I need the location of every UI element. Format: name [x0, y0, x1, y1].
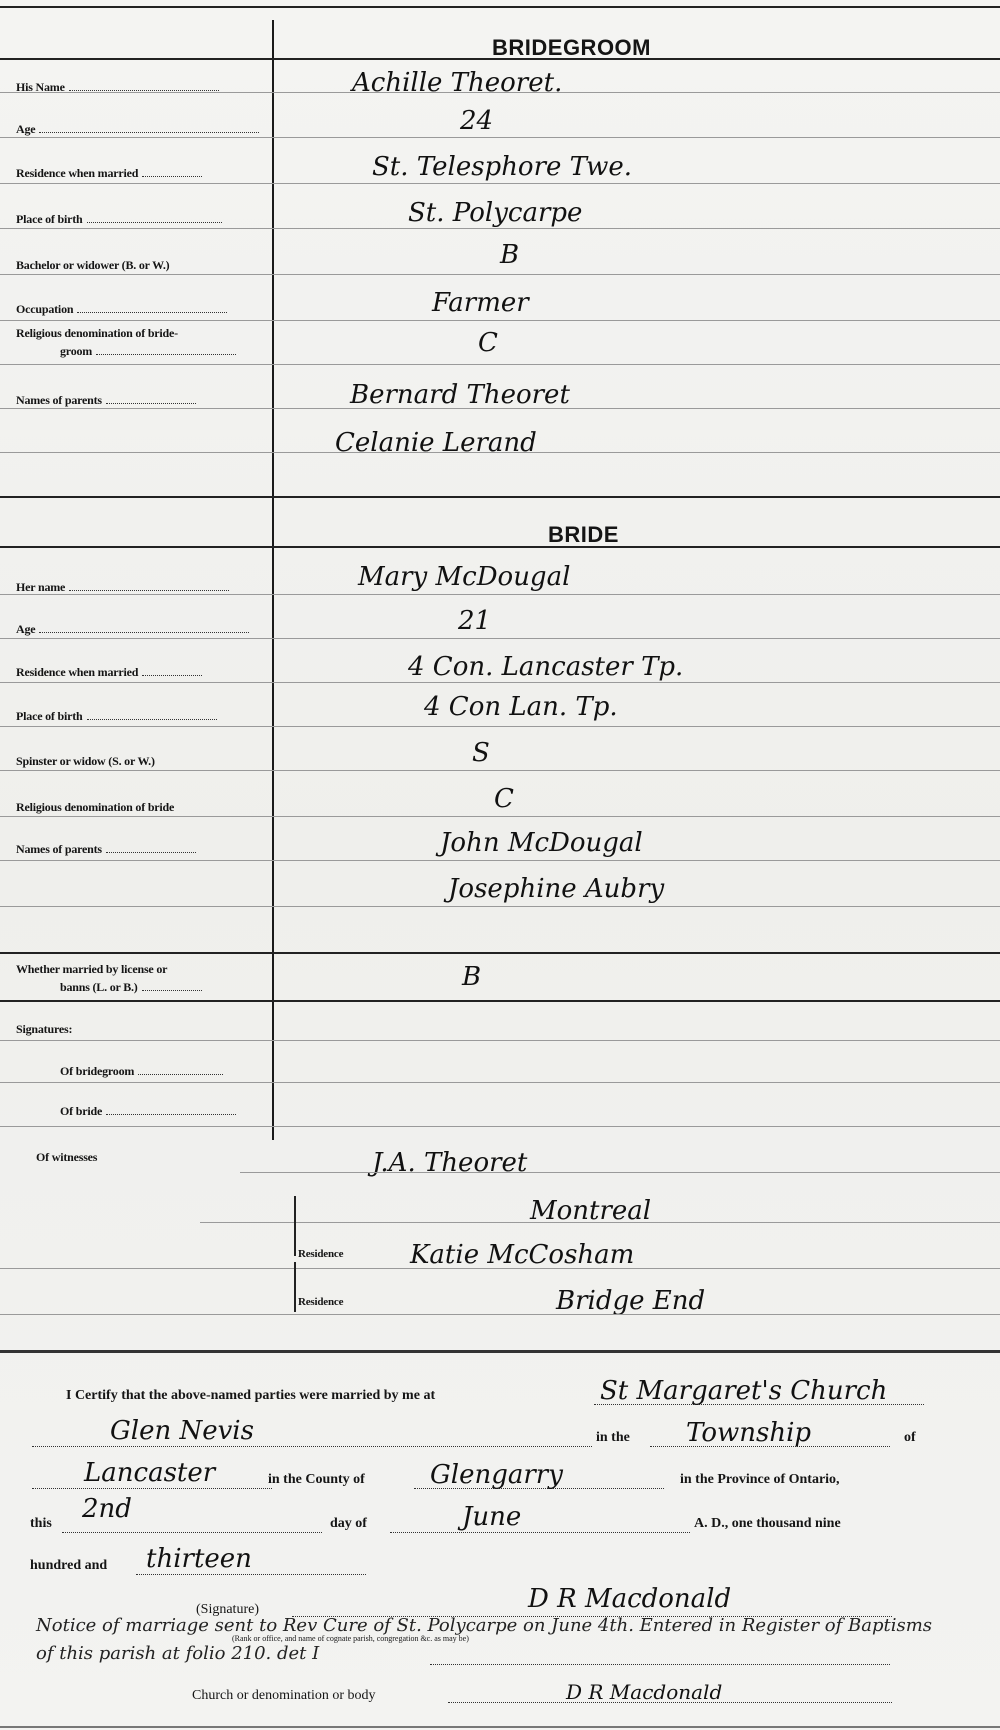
label-sig-bride: Of bride	[60, 1104, 236, 1119]
value-spinster-widow: S	[472, 738, 490, 768]
rule	[200, 1222, 1000, 1223]
rule	[0, 1314, 1000, 1315]
divider	[0, 546, 1000, 548]
rule	[0, 682, 1000, 683]
label-bride-religion: Religious denomination of bride	[16, 800, 174, 815]
label-sig-witnesses: Of witnesses	[36, 1150, 97, 1165]
rule	[0, 452, 1000, 453]
bride-heading: BRIDE	[548, 522, 619, 548]
value-church-signature: D R Macdonald	[566, 1680, 722, 1704]
margin-annotation: Notice of marriage sent to Rev Cure of S…	[36, 1612, 936, 1668]
value-locality: Glen Nevis	[110, 1416, 254, 1446]
divider	[0, 952, 1000, 954]
divider	[0, 496, 1000, 498]
value-age: 24	[460, 106, 493, 136]
column-divider	[272, 20, 274, 1140]
cert-of: of	[904, 1430, 916, 1446]
value-groom-father: Bernard Theoret	[350, 380, 570, 410]
cert-church-label: Church or denomination or body	[192, 1688, 376, 1704]
value-bride-religion: C	[494, 784, 514, 814]
label-place-of-birth: Place of birth	[16, 212, 222, 227]
value-witness-2: Katie McCosham	[410, 1240, 634, 1270]
cert-hundred-and: hundred and	[30, 1558, 107, 1574]
cert-in-the: in the	[596, 1430, 630, 1446]
top-edge	[0, 6, 1000, 8]
label-spinster-widow: Spinster or widow (S. or W.)	[16, 754, 155, 769]
rule	[0, 816, 1000, 817]
rule	[0, 1040, 1000, 1041]
label-bride-parents: Names of parents	[16, 842, 196, 857]
value-township-name: Lancaster	[84, 1458, 215, 1488]
rule	[0, 906, 1000, 907]
rule	[0, 770, 1000, 771]
value-church-place: St Margaret's Church	[600, 1376, 887, 1406]
value-groom-mother: Celanie Lerand	[335, 428, 537, 458]
label-license-banns: Whether married by license or	[16, 962, 167, 977]
label-her-name: Her name	[16, 580, 229, 595]
value-year-word: thirteen	[146, 1544, 252, 1574]
divider	[0, 58, 1000, 60]
rule	[0, 320, 1000, 321]
witness-bracket	[294, 1262, 296, 1312]
rule	[0, 860, 1000, 861]
value-bachelor-widower: B	[500, 240, 519, 270]
rule	[0, 137, 1000, 138]
value-bride-mother: Josephine Aubry	[448, 874, 664, 904]
label-groom-parents: Names of parents	[16, 393, 196, 408]
rule	[0, 594, 1000, 595]
value-religion-groom: C	[478, 328, 498, 358]
rule	[0, 1082, 1000, 1083]
value-residence: St. Telesphore Twe.	[372, 152, 632, 182]
value-bride-place-of-birth: 4 Con Lan. Tp.	[424, 692, 618, 722]
rule	[0, 364, 1000, 365]
cert-this: this	[30, 1516, 52, 1532]
label-residence-1: Residence	[298, 1248, 343, 1260]
value-bride-age: 21	[458, 606, 491, 636]
marriage-registration-form: BRIDEGROOM His Name Achille Theoret. Age…	[0, 0, 1000, 1730]
value-day: 2nd	[82, 1494, 132, 1524]
dotline	[32, 1446, 592, 1447]
divider	[0, 1350, 1000, 1353]
label-religion-groom: Religious denomination of bride-	[16, 326, 178, 341]
dotline	[32, 1488, 272, 1489]
value-division: Township	[686, 1418, 811, 1448]
label-bachelor-widower: Bachelor or widower (B. or W.)	[16, 258, 169, 273]
label-signatures: Signatures:	[16, 1022, 72, 1037]
cert-ad-text: A. D., one thousand nine	[694, 1516, 841, 1532]
label-occupation: Occupation	[16, 302, 227, 317]
value-bride-residence: 4 Con. Lancaster Tp.	[408, 652, 683, 682]
witness-bracket	[294, 1196, 296, 1256]
dotline	[136, 1574, 366, 1575]
rule	[0, 1126, 1000, 1127]
value-officiant-signature: D R Macdonald	[528, 1584, 731, 1614]
value-county: Glengarry	[430, 1460, 563, 1490]
rule	[0, 92, 1000, 93]
value-his-name: Achille Theoret.	[352, 68, 562, 98]
value-witness-1: J.A. Theoret	[372, 1148, 527, 1178]
value-occupation: Farmer	[432, 288, 529, 318]
rule	[0, 183, 1000, 184]
value-bride-father: John McDougal	[440, 828, 643, 858]
value-license-banns: B	[462, 962, 481, 992]
value-place-of-birth: St. Polycarpe	[408, 198, 582, 228]
rule	[0, 638, 1000, 639]
value-her-name: Mary McDougal	[358, 562, 570, 592]
bottom-edge	[0, 1726, 1000, 1728]
label-license-banns-2: banns (L. or B.)	[60, 980, 202, 995]
divider	[0, 1000, 1000, 1002]
cert-line-1: I Certify that the above-named parties w…	[66, 1388, 435, 1404]
rule	[0, 1268, 1000, 1269]
rule	[0, 228, 1000, 229]
label-residence: Residence when married	[16, 166, 202, 181]
rule	[0, 726, 1000, 727]
cert-province-text: in the Province of Ontario,	[680, 1472, 840, 1488]
label-sig-bridegroom: Of bridegroom	[60, 1064, 223, 1079]
cert-county-text: in the County of	[268, 1472, 365, 1488]
cert-day-of: day of	[330, 1516, 367, 1532]
dotline	[390, 1532, 690, 1533]
label-religion-groom-2: groom	[60, 344, 236, 359]
label-residence-2: Residence	[298, 1296, 343, 1308]
rule	[0, 274, 1000, 275]
label-bride-place-of-birth: Place of birth	[16, 709, 217, 724]
value-month: June	[462, 1502, 521, 1532]
rule	[240, 1172, 1000, 1173]
value-witness-2-residence: Bridge End	[556, 1286, 705, 1316]
label-bride-age: Age	[16, 622, 249, 637]
label-bride-residence: Residence when married	[16, 665, 202, 680]
dotline	[62, 1532, 322, 1533]
rule	[0, 408, 1000, 409]
label-age: Age	[16, 122, 259, 137]
